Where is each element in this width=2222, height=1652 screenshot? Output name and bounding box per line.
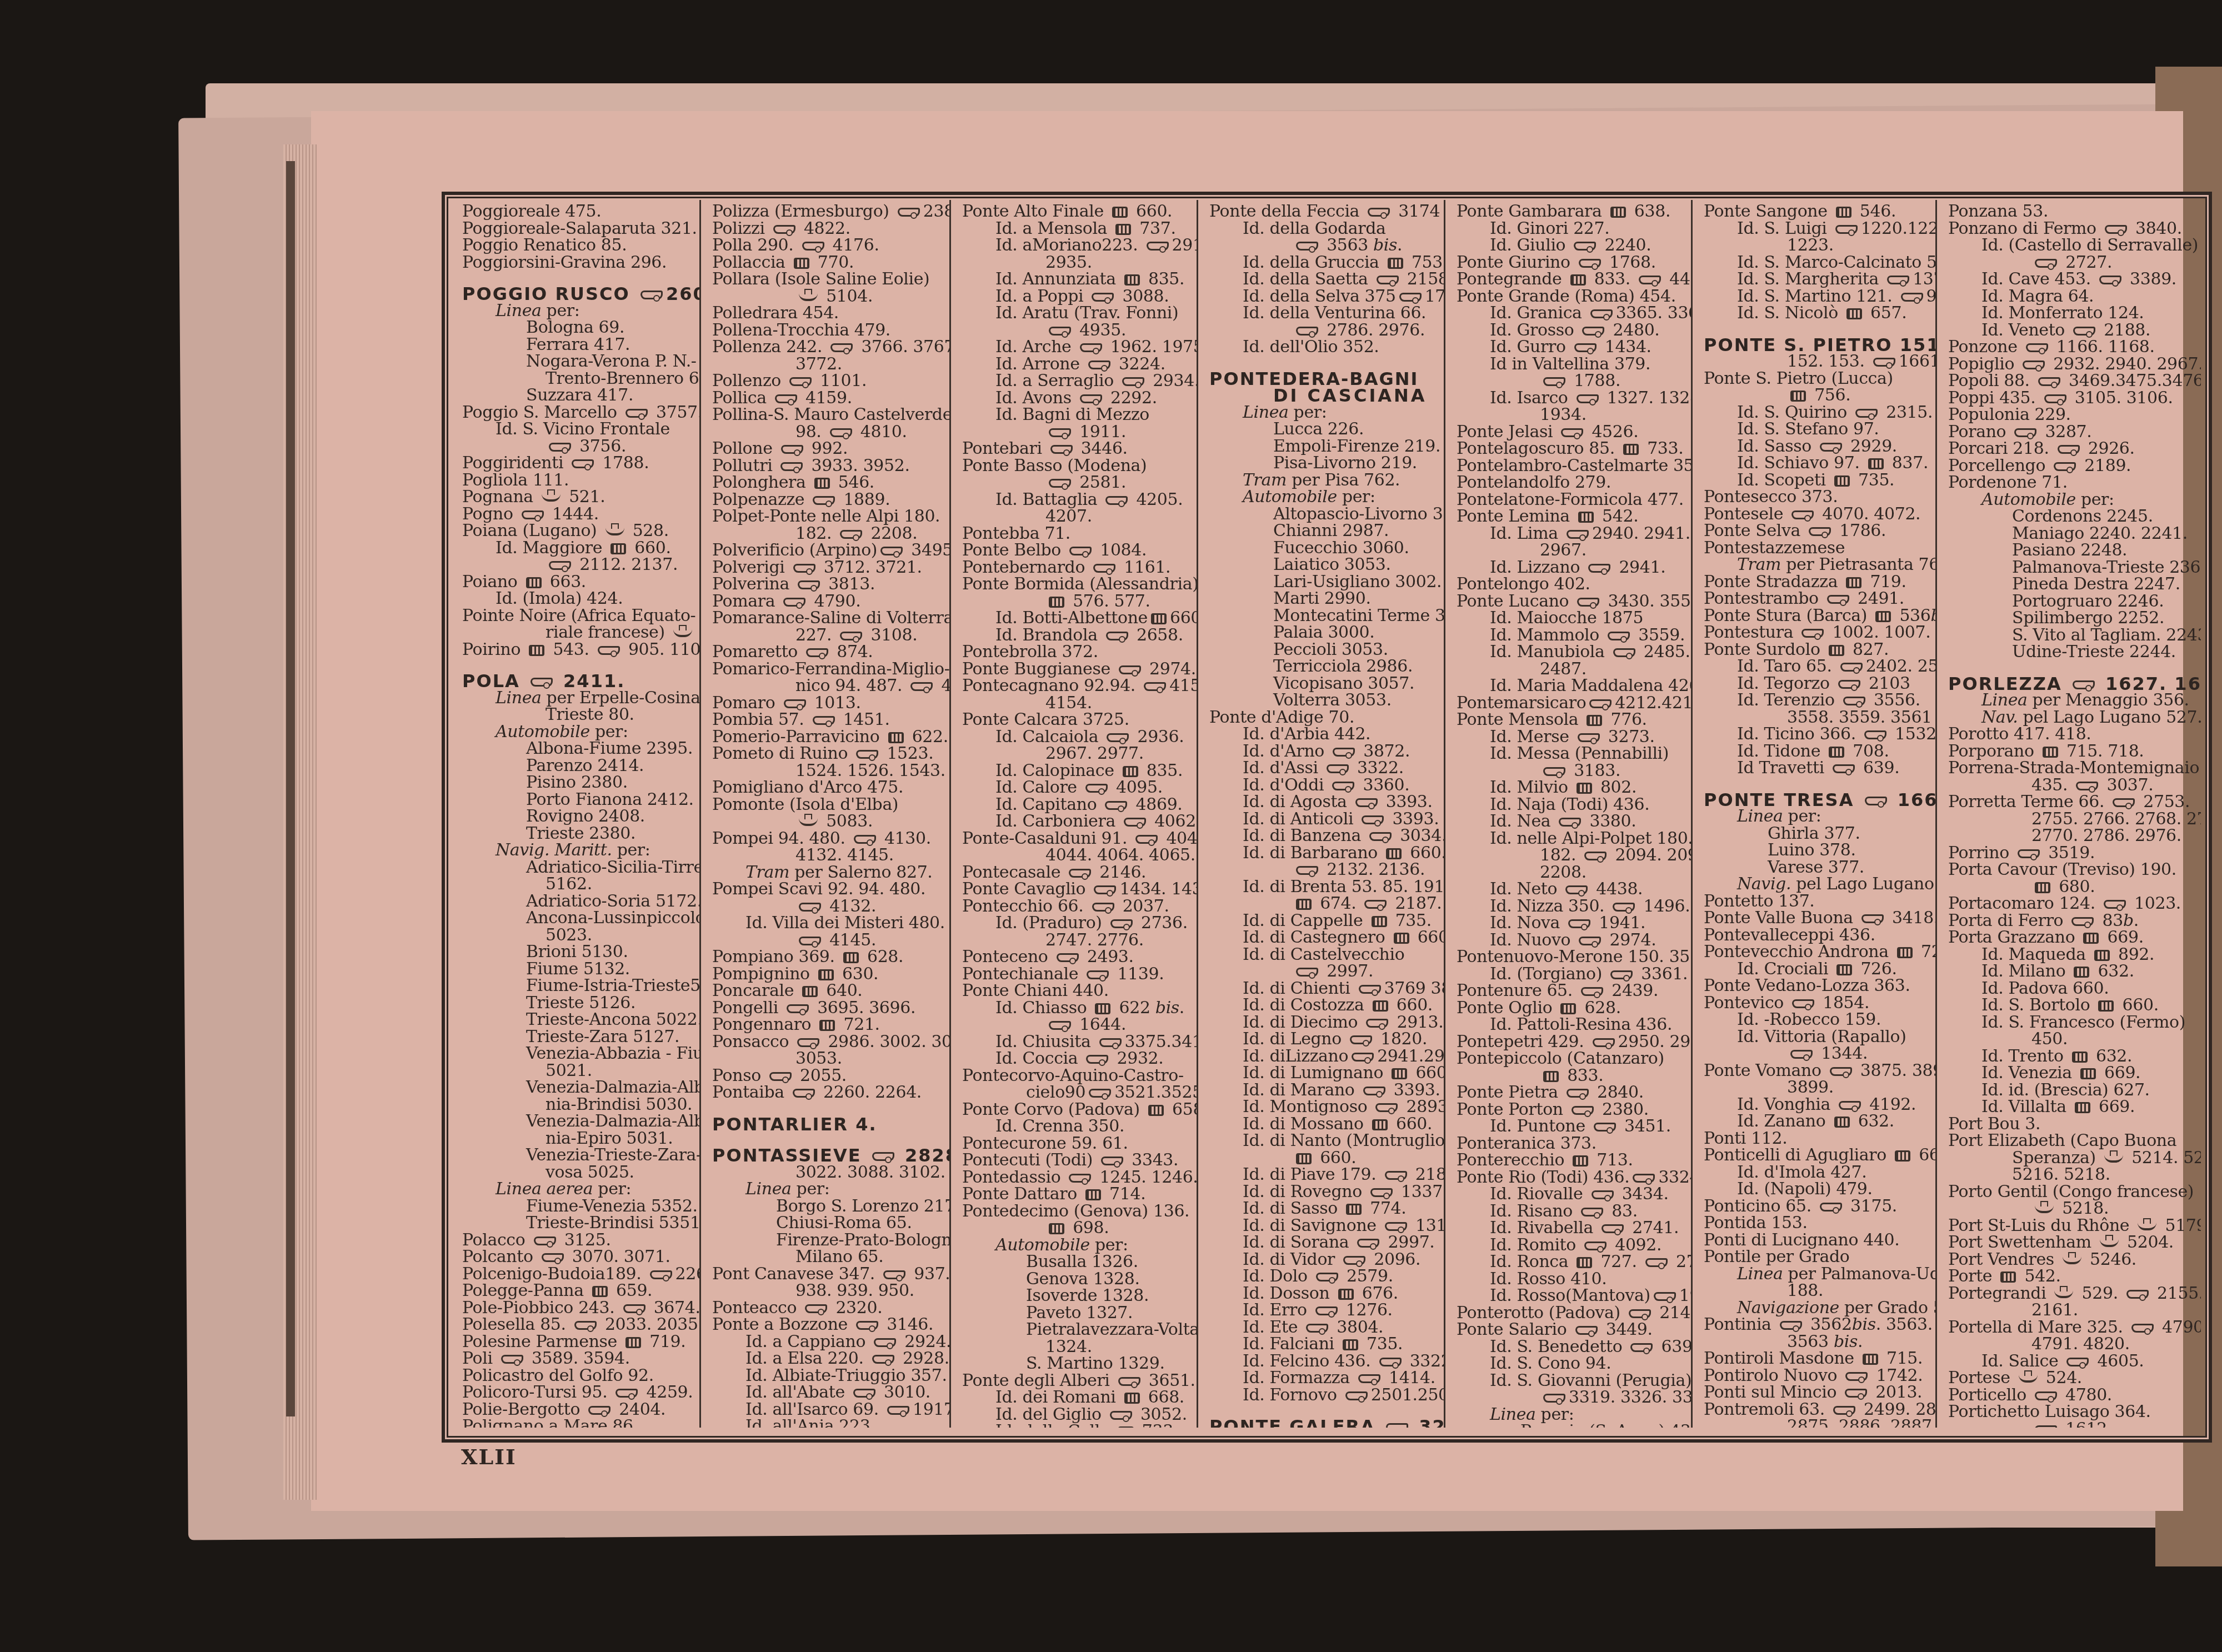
index-entry: Pollaccia 770.: [712, 254, 942, 272]
index-entry: Id. di Agosta 3393.: [1209, 794, 1436, 811]
section-heading: PONTASSIEVE 2828.: [712, 1147, 942, 1164]
automobile-icon: [880, 547, 903, 555]
index-entry: Populonia 229.: [1948, 407, 2193, 424]
index-entry: riale francese) 5218.: [462, 624, 692, 642]
index-entry: Trieste 5126.: [462, 995, 692, 1012]
index-entry: Trieste-Brindisi 5351.: [462, 1215, 692, 1232]
index-entry: Automobile per:: [462, 724, 692, 741]
automobile-icon: [1370, 1188, 1393, 1197]
index-entry: Polegge-Panna 659.: [462, 1283, 692, 1300]
index-entry: Id. Erro 1276.: [1209, 1302, 1436, 1319]
index-entry: Id. Mammolo 3559.: [1457, 627, 1683, 644]
tram-icon: [1868, 458, 1884, 469]
index-entry: Ponte Buggianese 2974.: [962, 661, 1189, 678]
index-entry: Pontenure 65. 2439.: [1457, 983, 1683, 1000]
index-entry: Ponte Basso (Modena): [962, 458, 1189, 475]
automobile-icon: [625, 409, 648, 418]
index-entry: Id. Dolo 2579.: [1209, 1268, 1436, 1285]
automobile-icon: [1080, 343, 1102, 352]
index-entry: Pontecasale 2146.: [962, 864, 1189, 882]
index-entry: Portacomaro 124. 1023.: [1948, 895, 2193, 913]
index-entry: Pollenzo 1101.: [712, 373, 942, 390]
index-entry: Porte 542.: [1948, 1268, 2193, 1285]
index-entry: Ponte Salario 3449.: [1457, 1321, 1683, 1339]
index-entry: Paveto 1327.: [962, 1305, 1189, 1322]
index-entry: Pasiano 2248.: [1948, 542, 2193, 559]
index-entry: 450.: [1948, 1031, 2193, 1048]
tram-icon: [1578, 512, 1594, 523]
automobile-icon: [531, 678, 553, 687]
index-entry: Id. Tidone 708.: [1704, 743, 1928, 760]
automobile-icon: [1385, 1222, 1407, 1231]
automobile-icon: [1296, 968, 1318, 977]
index-entry: Id. S. Bortolo 660.: [1948, 997, 2193, 1014]
boat-icon: [2138, 1223, 2156, 1230]
index-entry: 938. 939. 950.: [712, 1283, 942, 1300]
index-entry: Linea per:: [1209, 404, 1436, 422]
automobile-icon: [1610, 970, 1633, 979]
automobile-icon: [1107, 733, 1129, 742]
index-entry: Id. Nuovo 2974.: [1457, 932, 1683, 949]
tram-icon: [794, 258, 809, 269]
index-entry: Polesine Parmense 719.: [462, 1334, 692, 1351]
index-entry: Porticello 4780.: [1948, 1387, 2193, 1404]
index-entry: Pontestrambo 2491.: [1704, 590, 1928, 608]
automobile-icon: [572, 459, 594, 468]
index-entry: Id. di Mossano 660.: [1209, 1116, 1436, 1133]
index-entry: Ponti 112.: [1704, 1130, 1928, 1148]
index-entry: Id. del Giglio 3052.: [962, 1406, 1189, 1424]
automobile-icon: [769, 1072, 792, 1081]
automobile-icon: [799, 937, 821, 945]
index-entry: Id. Milvio 802.: [1457, 779, 1683, 797]
index-entry: 182. 2208.: [712, 525, 942, 543]
index-entry: Id. (Castello di Serravalle): [1948, 237, 2193, 254]
index-entry: Venezia-Dalmazia-Alba-: [462, 1079, 692, 1097]
index-entry: 833.: [1457, 1068, 1683, 1085]
index-entry: 2112. 2137.: [462, 557, 692, 574]
index-entry: Navigazione per Grado 525.: [1704, 1300, 1928, 1317]
automobile-icon: [2066, 1358, 2089, 1366]
tram-icon: [1338, 1289, 1354, 1300]
index-entry: Porto Gentil (Congo francese): [1948, 1184, 2193, 1201]
index-entry: 756.: [1704, 387, 1928, 404]
automobile-icon: [1801, 629, 1824, 638]
index-entry: Pontepiccolo (Catanzaro): [1457, 1050, 1683, 1068]
index-entry: Pordenone 71.: [1948, 474, 2193, 492]
automobile-icon: [856, 750, 878, 759]
index-entry: Poggio Renatico 85.: [462, 237, 692, 254]
index-entry: Id. Puntone 3451.: [1457, 1118, 1683, 1135]
index-entry: 2786. 2976.: [1209, 322, 1436, 339]
index-entry: 3053.: [712, 1050, 942, 1068]
index-entry: 1788.: [1457, 373, 1683, 390]
index-entry: Id. di Castegnero 660.: [1209, 929, 1436, 947]
index-entry: Pontestura 1002. 1007.: [1704, 624, 1928, 642]
index-entry: Id. S. Quirino 2315.: [1704, 404, 1928, 422]
tram-icon: [2074, 967, 2089, 978]
automobile-icon: [2105, 225, 2127, 234]
index-entry: Linea per:: [712, 1181, 942, 1198]
index-entry: Policoro-Tursi 95. 4259.: [462, 1384, 692, 1401]
automobile-icon: [1589, 699, 1612, 708]
index-entry: 2581.: [962, 474, 1189, 492]
index-entry: Fiume 5132.: [462, 961, 692, 978]
index-column-6: Ponte Sangone 546.Id. S. Luigi 1220.1222…: [1693, 200, 1937, 1428]
index-entry: Id. Dosson 676.: [1209, 1285, 1436, 1303]
index-entry: Volterra 3053.: [1209, 692, 1436, 709]
index-entry: Id. Arche 1962. 1975.: [962, 339, 1189, 356]
automobile-icon: [1089, 1089, 1111, 1098]
index-entry: Montecatini Terme 3055.: [1209, 608, 1436, 625]
automobile-icon: [1332, 782, 1354, 790]
automobile-icon: [1639, 276, 1661, 284]
boat-icon: [542, 494, 560, 502]
index-entry: Polizza (Ermesburgo) 2385: [712, 203, 942, 221]
index-entry: Poggioreale 475.: [462, 203, 692, 221]
automobile-icon: [1809, 527, 1831, 536]
automobile-icon: [1839, 1101, 1861, 1110]
index-entry: S. Vito al Tagliam. 2243.: [1948, 627, 2193, 644]
index-entry: Poiano 663.: [462, 574, 692, 591]
index-entry: Isoverde 1328.: [962, 1288, 1189, 1305]
index-entry: Pisa-Livorno 219.: [1209, 455, 1436, 472]
index-entry: Ponterotto (Padova) 2141: [1457, 1305, 1683, 1322]
automobile-icon: [1296, 242, 1318, 251]
index-entry: Ponte Alto Finale 660.: [962, 203, 1189, 221]
index-entry: cielo903521.3525.3580: [962, 1084, 1189, 1102]
automobile-icon: [797, 1038, 819, 1047]
automobile-icon: [1350, 1035, 1372, 1044]
index-entry: nia-Brindisi 5030.: [462, 1097, 692, 1114]
automobile-icon: [2023, 361, 2045, 369]
index-entry: Id. S. Luigi 1220.1222.: [1704, 221, 1928, 238]
tram-icon: [1373, 1000, 1388, 1012]
index-entry: Porotto 417. 418.: [1948, 726, 2193, 743]
index-entry: Id. Rosso 410.: [1457, 1271, 1683, 1288]
index-entry: Porano 3287.: [1948, 424, 2193, 441]
index-entry: Ponte Grande (Roma) 454.: [1457, 288, 1683, 306]
automobile-icon: [2073, 327, 2095, 336]
index-entry: Pogliola 111.: [462, 472, 692, 489]
index-entry: Polverigi 3712. 3721.: [712, 559, 942, 577]
automobile-icon: [1099, 1038, 1122, 1047]
index-entry: Id. dell'Olio 352.: [1209, 339, 1436, 356]
index-entry: Ponte Belbo 1084.: [962, 542, 1189, 559]
index-entry: Portogruaro 2246.: [1948, 593, 2193, 610]
tram-icon: [1123, 766, 1138, 777]
index-entry: Id. id. (Brescia) 627.: [1948, 1082, 2193, 1099]
automobile-icon: [1845, 1389, 1867, 1398]
index-entry: Id. Chiusita 3375.3419.: [962, 1034, 1189, 1051]
automobile-icon: [1887, 276, 1909, 284]
index-entry: Id. (Praduro) 2736.: [962, 915, 1189, 932]
automobile-icon: [793, 564, 815, 573]
index-entry: nia-Epiro 5031.: [462, 1130, 692, 1148]
automobile-icon: [1575, 1326, 1598, 1335]
tram-icon: [819, 1020, 835, 1031]
index-entry: Portella di Mare 325. 4790.: [1948, 1319, 2193, 1336]
index-entry: 188.: [1704, 1283, 1928, 1300]
index-entry: Id. Fornovo 2501.2502.: [1209, 1387, 1436, 1404]
index-entry: Vicopisano 3057.: [1209, 675, 1436, 693]
index-entry: Id. S. Cono 94.: [1457, 1355, 1683, 1373]
index-entry: Id. di Diecimo 2913.: [1209, 1014, 1436, 1032]
index-entry: Ponte Vomano 3875. 3890.: [1704, 1063, 1928, 1080]
automobile-icon: [2044, 394, 2066, 403]
index-entry: Maniago 2240. 2241.: [1948, 525, 2193, 543]
index-entry: Id. Manubiola 2485.: [1457, 644, 1683, 661]
index-entry: Id. di Legno 1820.: [1209, 1031, 1436, 1048]
boat-icon: [2054, 1290, 2073, 1298]
index-entry: Id. della Venturina 66.: [1209, 305, 1436, 322]
automobile-icon: [1843, 697, 1865, 705]
section-heading: PONTARLIER 4.: [712, 1116, 942, 1133]
tram-icon: [1836, 207, 1851, 218]
index-entry: Pollina-S. Mauro Castelverde: [712, 407, 942, 424]
index-entry: Ponterecchio 713.: [1457, 1152, 1683, 1169]
automobile-icon: [1567, 1089, 1589, 1098]
tram-icon: [1148, 1105, 1164, 1116]
automobile-icon: [1861, 914, 1884, 923]
index-entry: Porretta Terme 66. 2753.: [1948, 794, 2193, 811]
index-entry: 680.: [1948, 879, 2193, 896]
automobile-icon: [1579, 937, 1601, 945]
automobile-icon: [1820, 1203, 1842, 1212]
index-entry: Ponte Dattaro 714.: [962, 1186, 1189, 1203]
index-entry: Pontenuovo-Merone 150. 358.: [1457, 949, 1683, 966]
index-entry: Polpet-Ponte nelle Alpi 180.: [712, 508, 942, 525]
index-entry: Pognana 521.: [462, 489, 692, 506]
index-entry: 1344.: [1704, 1045, 1928, 1063]
index-entry: Ponte Giurino 1768.: [1457, 254, 1683, 272]
automobile-icon: [1124, 818, 1146, 827]
index-entry: Pombia 57. 1451.: [712, 712, 942, 729]
automobile-icon: [1820, 443, 1842, 452]
boat-icon: [2104, 1155, 2123, 1163]
index-entry: Id. S. Vicino Frontale: [462, 421, 692, 438]
index-entry: 2755. 2766. 2768. 2769.: [1948, 811, 2193, 828]
index-entry: Pontida 153.: [1704, 1215, 1928, 1232]
automobile-icon: [853, 1389, 875, 1398]
automobile-icon: [1085, 784, 1108, 793]
index-entry: Polla 290. 4176.: [712, 237, 942, 254]
automobile-icon: [1049, 327, 1071, 336]
tram-icon: [526, 577, 542, 588]
index-entry: Pontecurone 59. 61.: [962, 1135, 1189, 1153]
automobile-icon: [1584, 852, 1607, 860]
index-entry: Porto Fianona 2412.: [462, 792, 692, 809]
index-entry: 1324.: [962, 1339, 1189, 1356]
index-entry: Id. a Cappiano 2924.: [712, 1334, 942, 1351]
tram-icon: [1834, 1117, 1850, 1128]
automobile-icon: [1110, 1411, 1132, 1420]
index-entry: 1612.: [1948, 1421, 2193, 1428]
tram-icon: [1834, 475, 1850, 487]
index-entry: 4207.: [962, 508, 1189, 525]
automobile-icon: [1630, 1343, 1653, 1352]
index-entry: Automobile per:: [962, 1237, 1189, 1254]
index-entry: Porta Grazzano 669.: [1948, 929, 2193, 947]
index-entry: Id. Ginori 227.: [1457, 221, 1683, 238]
index-entry: Id. Terenzio 3556.: [1704, 692, 1928, 709]
automobile-icon: [1577, 598, 1599, 607]
automobile-icon: [1613, 903, 1635, 912]
tram-icon: [1846, 577, 1861, 588]
index-entry: Adriatico-Sicilia-Tirreno: [462, 859, 692, 877]
index-entry: Id. della Saetta 2158.: [1209, 271, 1436, 288]
index-entry: Pontremoli 63. 2499. 2873.: [1704, 1401, 1928, 1419]
index-column-4: Ponte della Feccia 3174Id. della Godarda…: [1198, 200, 1445, 1428]
tram-icon: [1829, 645, 1844, 656]
index-entry: Id Travetti 639.: [1704, 760, 1928, 777]
index-entry: Ponte Chiani 440.: [962, 983, 1189, 1000]
index-entry: Chiusi-Roma 65.: [712, 1215, 942, 1232]
index-entry: 4132.: [712, 898, 942, 915]
index-entry: 2208.: [1457, 864, 1683, 882]
automobile-icon: [1379, 1358, 1402, 1366]
index-entry: Id in Valtellina 379.: [1457, 356, 1683, 373]
automobile-icon: [1088, 361, 1110, 369]
index-entry: 3772.: [712, 356, 942, 373]
index-entry: Pontecagnano 92.94. 4153.: [962, 678, 1189, 695]
index-entry: Id. Trento 632.: [1948, 1048, 2193, 1065]
automobile-icon: [1296, 866, 1318, 875]
automobile-icon: [1357, 1239, 1379, 1248]
index-entry: Laiatico 3053.: [1209, 557, 1436, 574]
index-entry: Id. Giulio 2240.: [1457, 237, 1683, 254]
index-entry: Venezia-Abbazia - Fiume: [462, 1045, 692, 1063]
index-entry: Id. Crociali 726.: [1704, 961, 1928, 978]
index-entry: Id. Brandola 2658.: [962, 627, 1189, 644]
index-entry: Id. S. Stefano 97.: [1704, 421, 1928, 438]
automobile-icon: [1364, 900, 1387, 909]
index-entry: Ponte Stura (Barca) 536bis.: [1704, 608, 1928, 625]
automobile-icon: [793, 1089, 815, 1098]
index-entry: Id. Battaglia 4205.: [962, 492, 1189, 509]
automobile-icon: [1654, 1292, 1676, 1301]
tram-icon: [888, 732, 904, 743]
index-entry: Id. Lima 2940. 2941.: [1457, 525, 1683, 543]
index-entry: nico 94. 487. 4266.: [712, 678, 942, 695]
automobile-icon: [1343, 1256, 1365, 1265]
tram-icon: [1610, 207, 1626, 218]
automobile-icon: [1780, 1321, 1802, 1330]
index-entry: Id. di Piave 179. 2183.: [1209, 1167, 1436, 1184]
index-entry: Ponte Jelasi 4526.: [1457, 424, 1683, 441]
index-entry: Pontechianale 1139.: [962, 966, 1189, 983]
tram-icon: [529, 645, 544, 656]
automobile-icon: [1633, 1174, 1655, 1183]
automobile-icon: [830, 343, 853, 352]
index-entry: 98. 4810.: [712, 424, 942, 441]
tram-icon: [1543, 1071, 1559, 1082]
index-entry: Ponte Porton 2380.: [1457, 1102, 1683, 1119]
automobile-icon: [2018, 849, 2040, 858]
index-entry: Id. Riovalle 3434.: [1457, 1186, 1683, 1203]
index-entry: Pontecorvo-Aquino-Castro-: [962, 1068, 1189, 1085]
index-entry: Parenzo 2414.: [462, 758, 692, 775]
index-entry: Ponte Pietra 2840.: [1457, 1084, 1683, 1102]
index-entry: Ponte Vedano-Lozza 363.: [1704, 978, 1928, 995]
boat-icon: [2100, 1239, 2119, 1247]
tram-icon: [2083, 933, 2099, 944]
automobile-icon: [1833, 1406, 1855, 1415]
index-entry: Pompiano 369. 628.: [712, 949, 942, 966]
index-entry: 5083.: [712, 813, 942, 830]
tram-icon: [1577, 783, 1592, 794]
automobile-icon: [1069, 547, 1092, 555]
automobile-icon: [1592, 1190, 1614, 1199]
automobile-icon: [840, 530, 862, 539]
tram-icon: [1124, 1393, 1140, 1404]
automobile-icon: [773, 225, 795, 234]
automobile-icon: [1087, 970, 1109, 979]
index-entry: Id. Falciani 735.: [1209, 1336, 1436, 1353]
automobile-icon: [805, 1304, 827, 1313]
index-entry: Automobile per:: [1948, 492, 2193, 509]
tram-icon: [1124, 274, 1140, 286]
index-entry: Palmanova-Trieste 2360.: [1948, 559, 2193, 577]
index-entry: Pomaretto 874.: [712, 644, 942, 661]
index-entry: Ponte Valle Buona 3418.: [1704, 910, 1928, 927]
tram-icon: [802, 986, 818, 997]
index-entry: Ponte Stradazza 719.: [1704, 574, 1928, 591]
automobile-icon: [1049, 479, 1071, 488]
index-entry: Pontevalleceppi 436.: [1704, 927, 1928, 944]
automobile-icon: [1572, 1106, 1594, 1115]
index-entry: 5104.: [712, 288, 942, 306]
index-entry: Id. aMoriano223. 2913.: [962, 237, 1189, 254]
index-entry: Ponti di Lucignano 440.: [1704, 1232, 1928, 1249]
automobile-icon: [1645, 1258, 1668, 1267]
index-column-5: Ponte Gambarara 638.Id. Ginori 227.Id. G…: [1445, 200, 1693, 1428]
automobile-icon: [874, 1338, 896, 1347]
automobile-icon: [854, 835, 876, 844]
automobile-icon: [856, 1321, 878, 1330]
tram-icon: [1623, 444, 1639, 455]
tram-icon: [1346, 1204, 1362, 1215]
index-entry: Portegrandi 529. 2155.: [1948, 1285, 2193, 1303]
automobile-icon: [1092, 903, 1114, 912]
index-entry: Id. Pattoli-Resina 436.: [1457, 1017, 1683, 1034]
index-entry: Id. di Lumignano 660.: [1209, 1065, 1436, 1082]
index-entry: Id. Rivabella 2741.: [1457, 1220, 1683, 1237]
tram-icon: [1049, 597, 1064, 608]
index-entry: Lucca 226.: [1209, 421, 1436, 438]
automobile-icon: [1050, 445, 1073, 454]
tram-icon: [818, 969, 834, 980]
automobile-icon: [1359, 985, 1381, 994]
automobile-icon: [2131, 1324, 2154, 1333]
index-entry: 2161.: [1948, 1302, 2193, 1319]
index-entry: 4935.: [962, 322, 1189, 339]
index-entry: Chianni 2987.: [1209, 523, 1436, 540]
index-entry: Id. d'Imola 427.: [1704, 1164, 1928, 1182]
automobile-icon: [522, 510, 544, 519]
index-entry: Id. Sasso 2929.: [1704, 438, 1928, 455]
index-entry: Ponticelli di Agugliaro 660.: [1704, 1147, 1928, 1164]
tram-icon: [1095, 1003, 1110, 1014]
automobile-icon: [1543, 377, 1565, 386]
index-entry: Varese 377.: [1704, 859, 1928, 877]
index-entry: 3563 bis.: [1209, 237, 1436, 254]
automobile-icon: [1629, 1309, 1651, 1318]
index-entry: Id. Merse 3273.: [1457, 729, 1683, 746]
boat-icon: [2019, 1375, 2038, 1383]
automobile-icon: [887, 1406, 909, 1415]
index-entry: Id. di Sasso 774.: [1209, 1200, 1436, 1218]
